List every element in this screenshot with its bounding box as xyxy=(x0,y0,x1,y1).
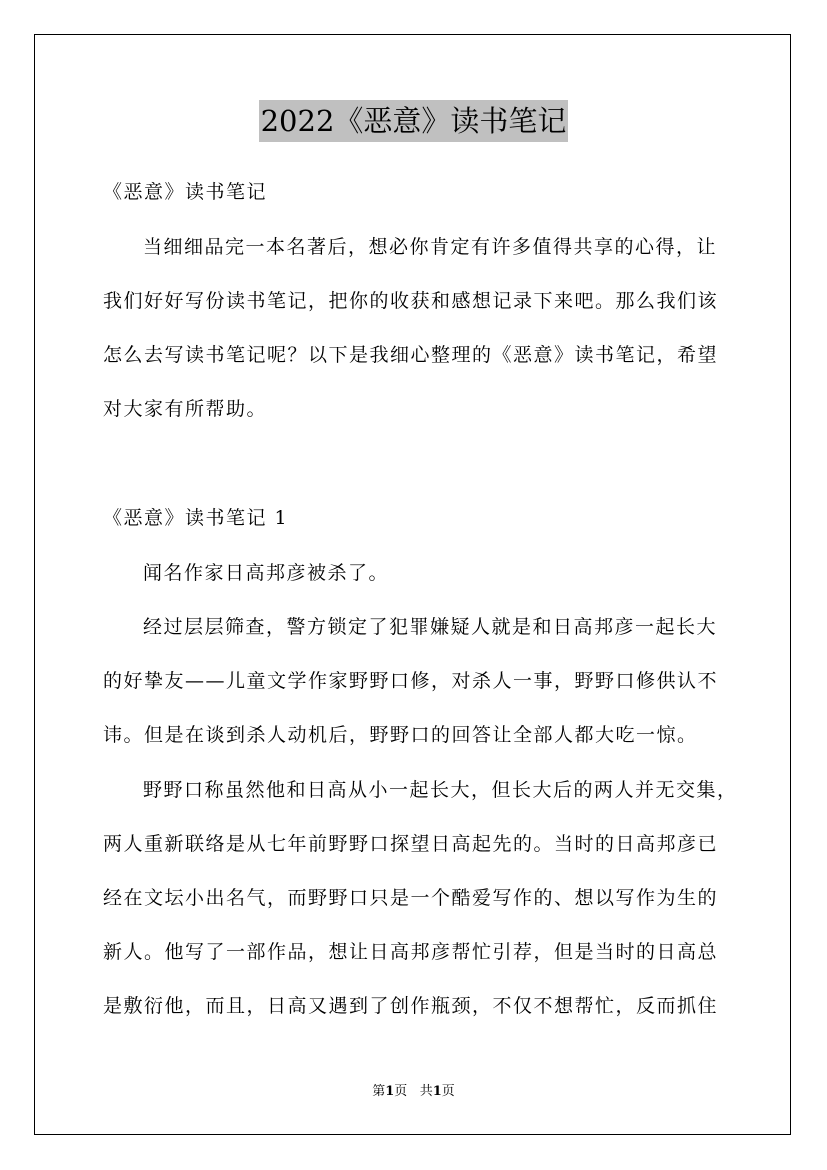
body-line: 经在文坛小出名气，而野野口只是一个酷爱写作的、想以写作为生的 xyxy=(103,886,718,910)
footer-total-word: 页 xyxy=(442,1084,455,1099)
page-footer: 第1页 共1页 xyxy=(0,1083,827,1101)
intro-heading: 《恶意》读书笔记 xyxy=(103,180,267,204)
body-line: 的好挚友——儿童文学作家野野口修，对杀人一事，野野口修供认不 xyxy=(103,669,718,693)
footer-prefix: 第 xyxy=(372,1084,385,1099)
body-line: 讳。但是在谈到杀人动机后，野野口的回答让全部人都大吃一惊。 xyxy=(103,723,698,747)
footer-page-word: 页 xyxy=(394,1084,407,1099)
title-container: 2022《恶意》读书笔记 xyxy=(0,100,827,142)
body-line: 新人。他写了一部作品，想让日高邦彦帮忙引荐，但是当时的日高总 xyxy=(103,940,718,964)
intro-line: 我们好好写份读书笔记，把你的收获和感想记录下来吧。那么我们该 xyxy=(103,289,718,313)
body-line: 是敷衍他，而且，日高又遇到了创作瓶颈，不仅不想帮忙，反而抓住 xyxy=(103,994,718,1018)
body-line: 野野口称虽然他和日高从小一起长大，但长大后的两人并无交集， xyxy=(143,778,738,802)
document-title: 2022《恶意》读书笔记 xyxy=(259,100,569,142)
intro-line: 对大家有所帮助。 xyxy=(103,397,267,421)
total-pages-number: 1 xyxy=(433,1084,442,1099)
intro-line: 怎么去写读书笔记呢？以下是我细心整理的《恶意》读书笔记，希望 xyxy=(103,343,718,367)
current-page-number: 1 xyxy=(385,1084,394,1099)
body-line: 经过层层筛查，警方锁定了犯罪嫌疑人就是和日高邦彦一起长大 xyxy=(143,615,717,639)
section1-heading: 《恶意》读书笔记 1 xyxy=(103,506,288,530)
body-line: 闻名作家日高邦彦被杀了。 xyxy=(143,561,389,585)
footer-total-prefix: 共 xyxy=(420,1084,433,1099)
body-line: 两人重新联络是从七年前野野口探望日高起先的。当时的日高邦彦已 xyxy=(103,832,718,856)
intro-line: 当细细品完一本名著后，想必你肯定有许多值得共享的心得，让 xyxy=(143,235,717,259)
